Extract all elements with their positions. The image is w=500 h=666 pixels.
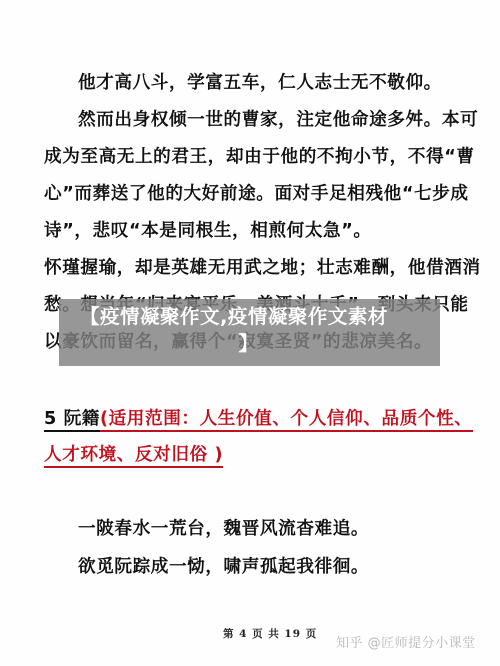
paragraph-line: 心”而葬送了他的大好前途。面对手足相残他“七步成 [44,183,469,205]
page-indicator: 第 4 页 共 19 页 [223,626,317,641]
section-heading: 5 阮籍(适用范围：人生价值、个人信仰、品质个性、 [44,408,473,430]
overlay-title-end: 】 [80,330,425,357]
section-heading-continued: 人才环境、反对旧俗 ) [44,444,223,466]
paragraph-line: 诗”，悲叹“本是同根生，相煎何太急”。 [44,220,372,242]
section-title: 5 阮籍 [44,409,100,432]
section-scope-line2: 人才环境、反对旧俗 ) [44,445,223,468]
overlay-title[interactable]: 【疫情凝聚作文,疫情凝聚作文素材 】 [80,303,425,357]
paragraph-line: 怀瑾握瑜，却是英雄无用武之地；壮志难酬，他借酒消 [44,257,481,279]
poem-line: 欲觅阮踪成一恸，啸声孤起我徘徊。 [78,556,369,578]
paragraph-line: 成为至高无上的君王，却由于他的不拘小节，不得“曹 [44,146,475,168]
paragraph-line: 他才高八斗，学富五车，仁人志士无不敬仰。 [78,72,442,94]
watermark: 知乎 @匠师提分小课堂 [336,632,476,651]
section-scope-line1: (适用范围：人生价值、个人信仰、品质个性、 [100,409,473,432]
overlay-title-main: 【疫情凝聚作文,疫情凝聚作文素材 [80,305,388,328]
poem-line: 一陂春水一荒台，魏晋风流杳难追。 [78,518,369,540]
paragraph-line: 然而出身权倾一世的曹家，注定他命途多舛。本可 [78,109,478,131]
